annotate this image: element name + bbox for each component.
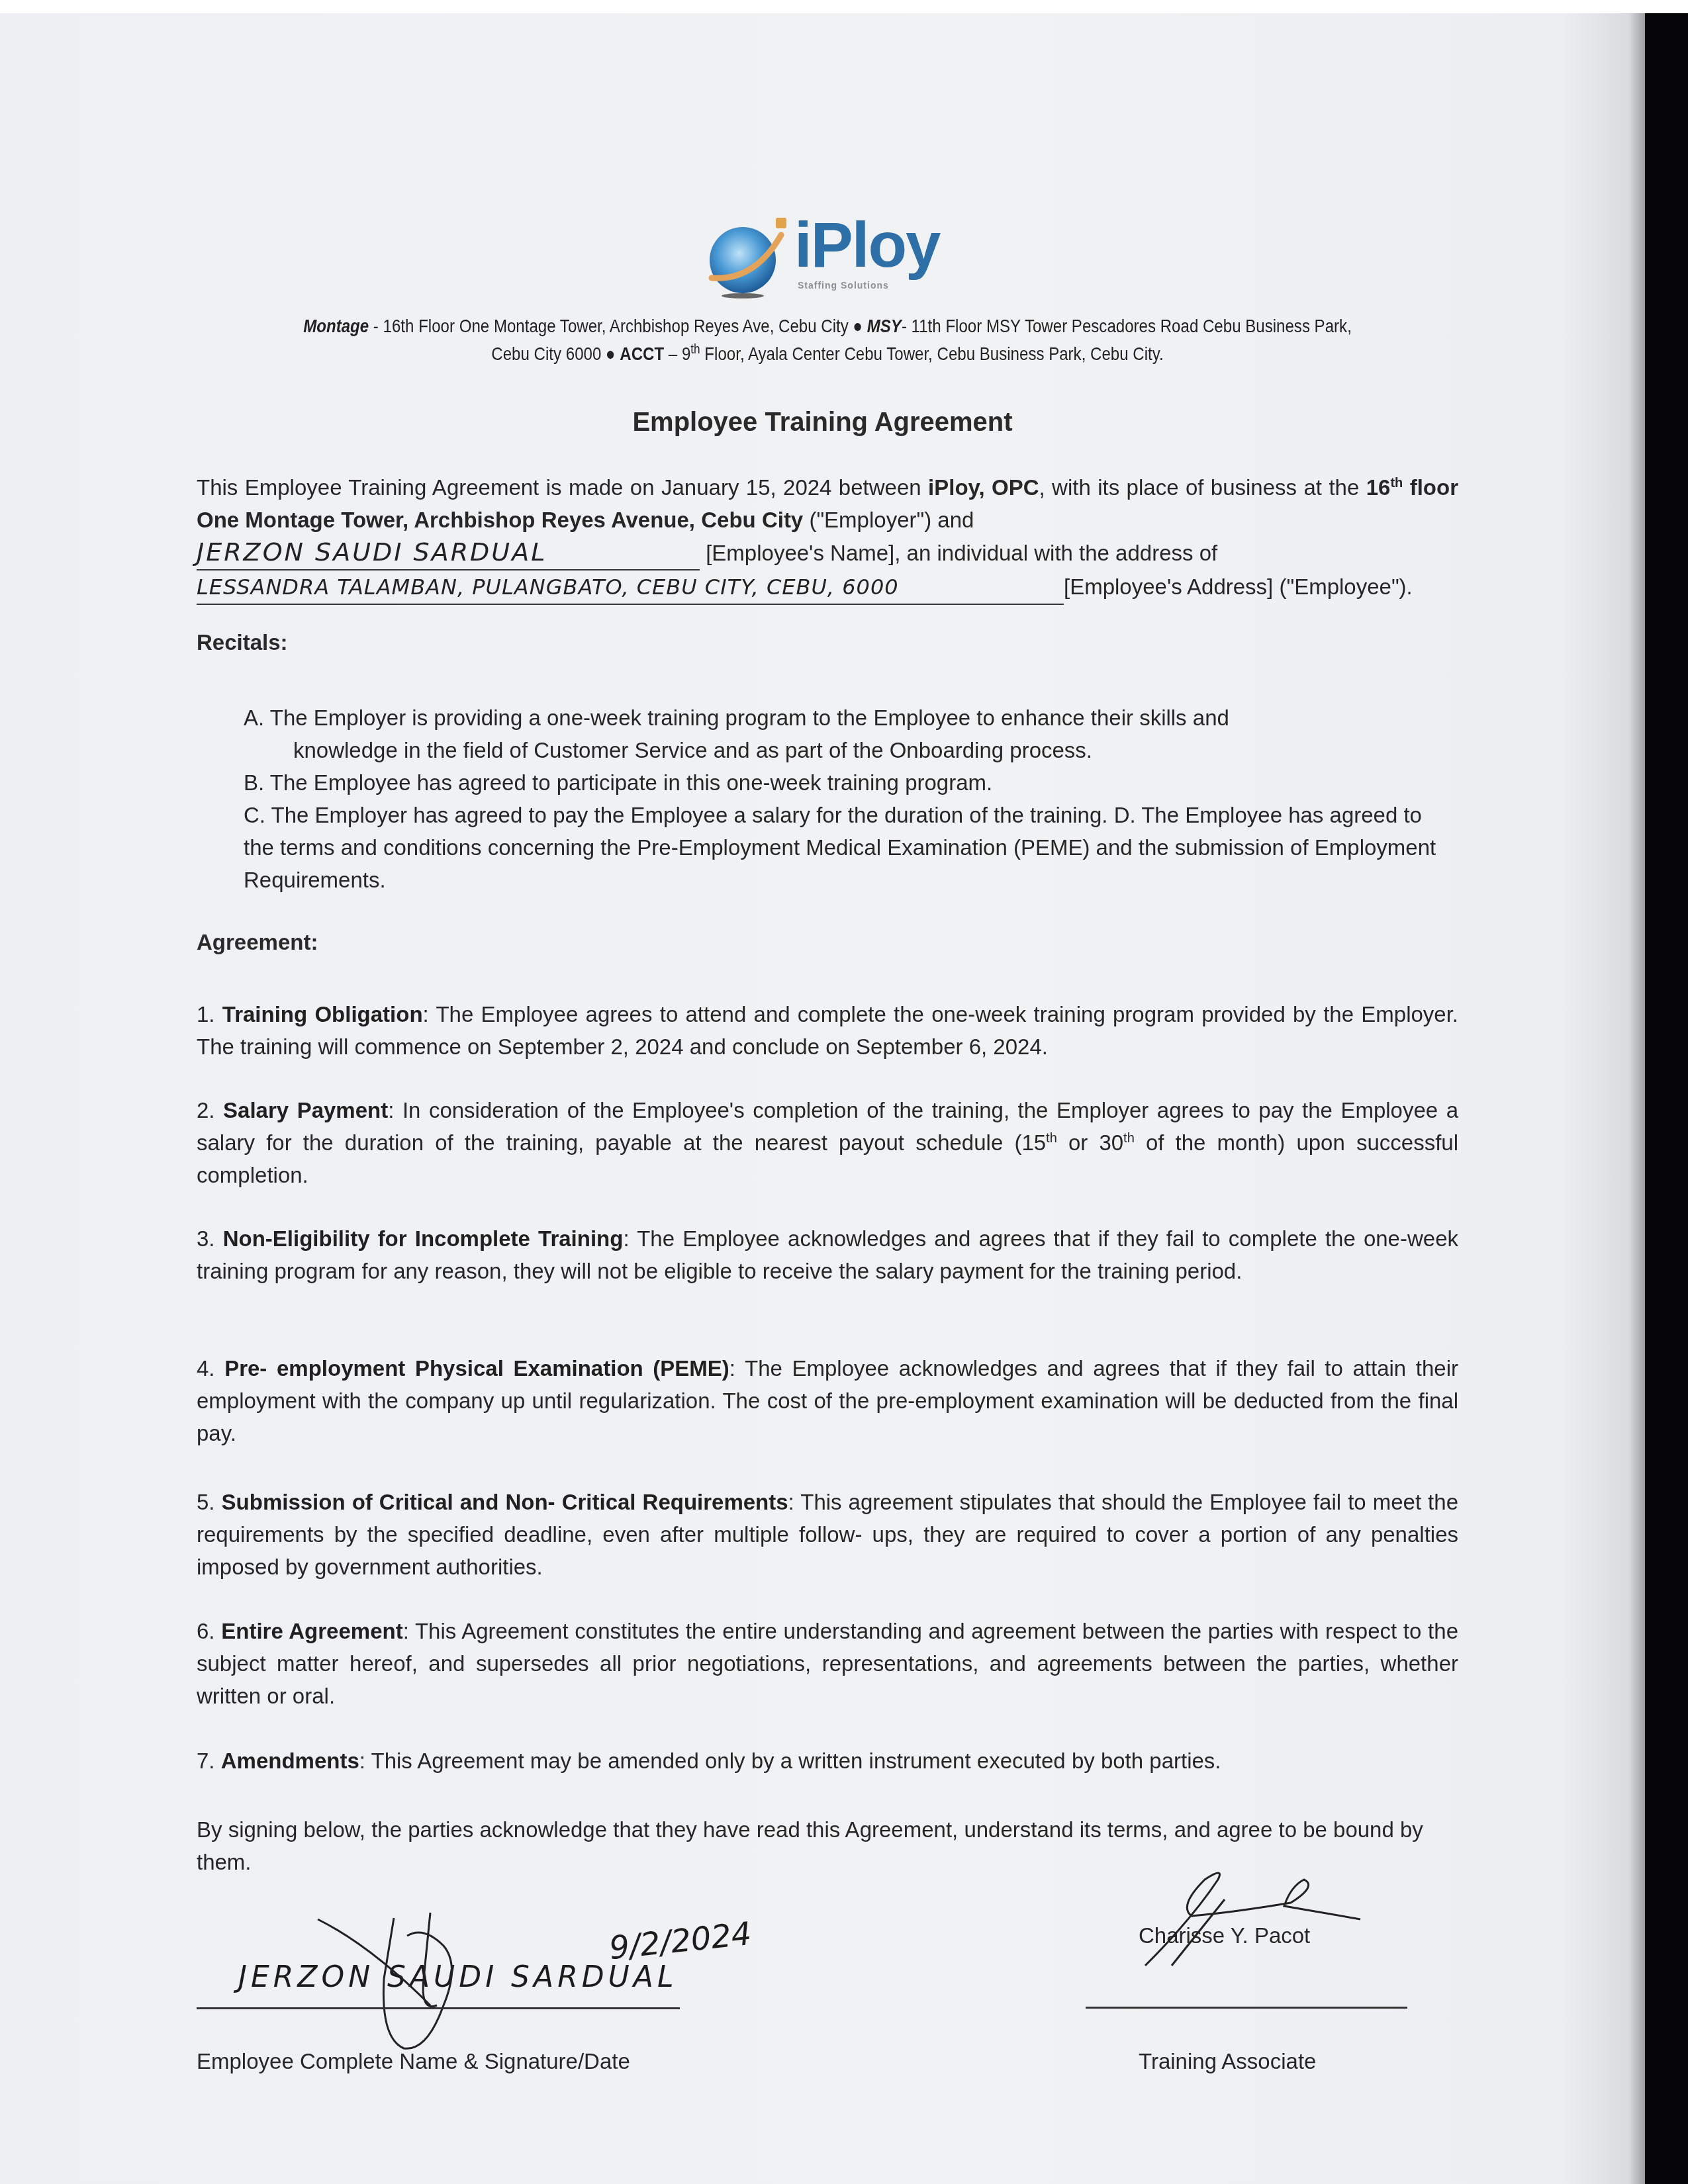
office-label: MSY — [867, 316, 902, 336]
recital-item: B. The Employee has agreed to participat… — [244, 766, 1435, 799]
recitals-list: A. The Employer is providing a one-week … — [244, 702, 1435, 896]
scan-border-top — [0, 0, 1688, 13]
associate-signature-label: Training Associate — [1139, 2045, 1316, 2077]
employee-signature-line — [197, 2007, 680, 2009]
clause-entire-agreement: 6. Entire Agreement: This Agreement cons… — [197, 1615, 1458, 1712]
company-logo: iPloy Staffing Solutions — [702, 208, 966, 301]
employee-address-field[interactable]: LESSANDRA TALAMBAN, PULANGBATO, CEBU CIT… — [197, 570, 1064, 605]
agreement-heading: Agreement: — [197, 930, 318, 955]
recital-item: C. The Employer has agreed to pay the Em… — [244, 799, 1455, 896]
globe-swoosh-icon — [702, 208, 794, 301]
recitals-heading: Recitals: — [197, 630, 288, 655]
logo-wordmark: iPloy — [794, 214, 939, 277]
office-addresses: Montage - 16th Floor One Montage Tower, … — [287, 312, 1368, 368]
clause-non-eligibility: 3. Non-Eligibility for Incomplete Traini… — [197, 1222, 1458, 1287]
recital-item-continued: knowledge in the field of Customer Servi… — [244, 734, 1435, 766]
associate-signature-icon — [1132, 1866, 1370, 1979]
clause-salary-payment: 2. Salary Payment: In consideration of t… — [197, 1094, 1458, 1191]
office-label: ACCT — [620, 343, 664, 364]
employee-name-field[interactable]: JERZON SAUDI SARDUAL — [197, 536, 700, 570]
clause-peme: 4. Pre- employment Physical Examination … — [197, 1352, 1458, 1449]
clause-training-obligation: 1. Training Obligation: The Employee agr… — [197, 998, 1458, 1063]
associate-signature-line — [1086, 2007, 1407, 2009]
intro-paragraph: This Employee Training Agreement is made… — [197, 471, 1458, 605]
logo-tagline: Staffing Solutions — [798, 280, 889, 291]
recital-item: A. The Employer is providing a one-week … — [244, 702, 1435, 734]
scanner-edge — [1645, 13, 1688, 2184]
employee-signature-label: Employee Complete Name & Signature/Date — [197, 2045, 630, 2077]
office-label: Montage — [303, 316, 369, 336]
employee-signature-icon — [311, 1906, 523, 2058]
clause-amendments: 7. Amendments: This Agreement may be ame… — [197, 1745, 1458, 1777]
clause-requirements: 5. Submission of Critical and Non- Criti… — [197, 1486, 1458, 1583]
document-title: Employee Training Agreement — [0, 408, 1645, 437]
